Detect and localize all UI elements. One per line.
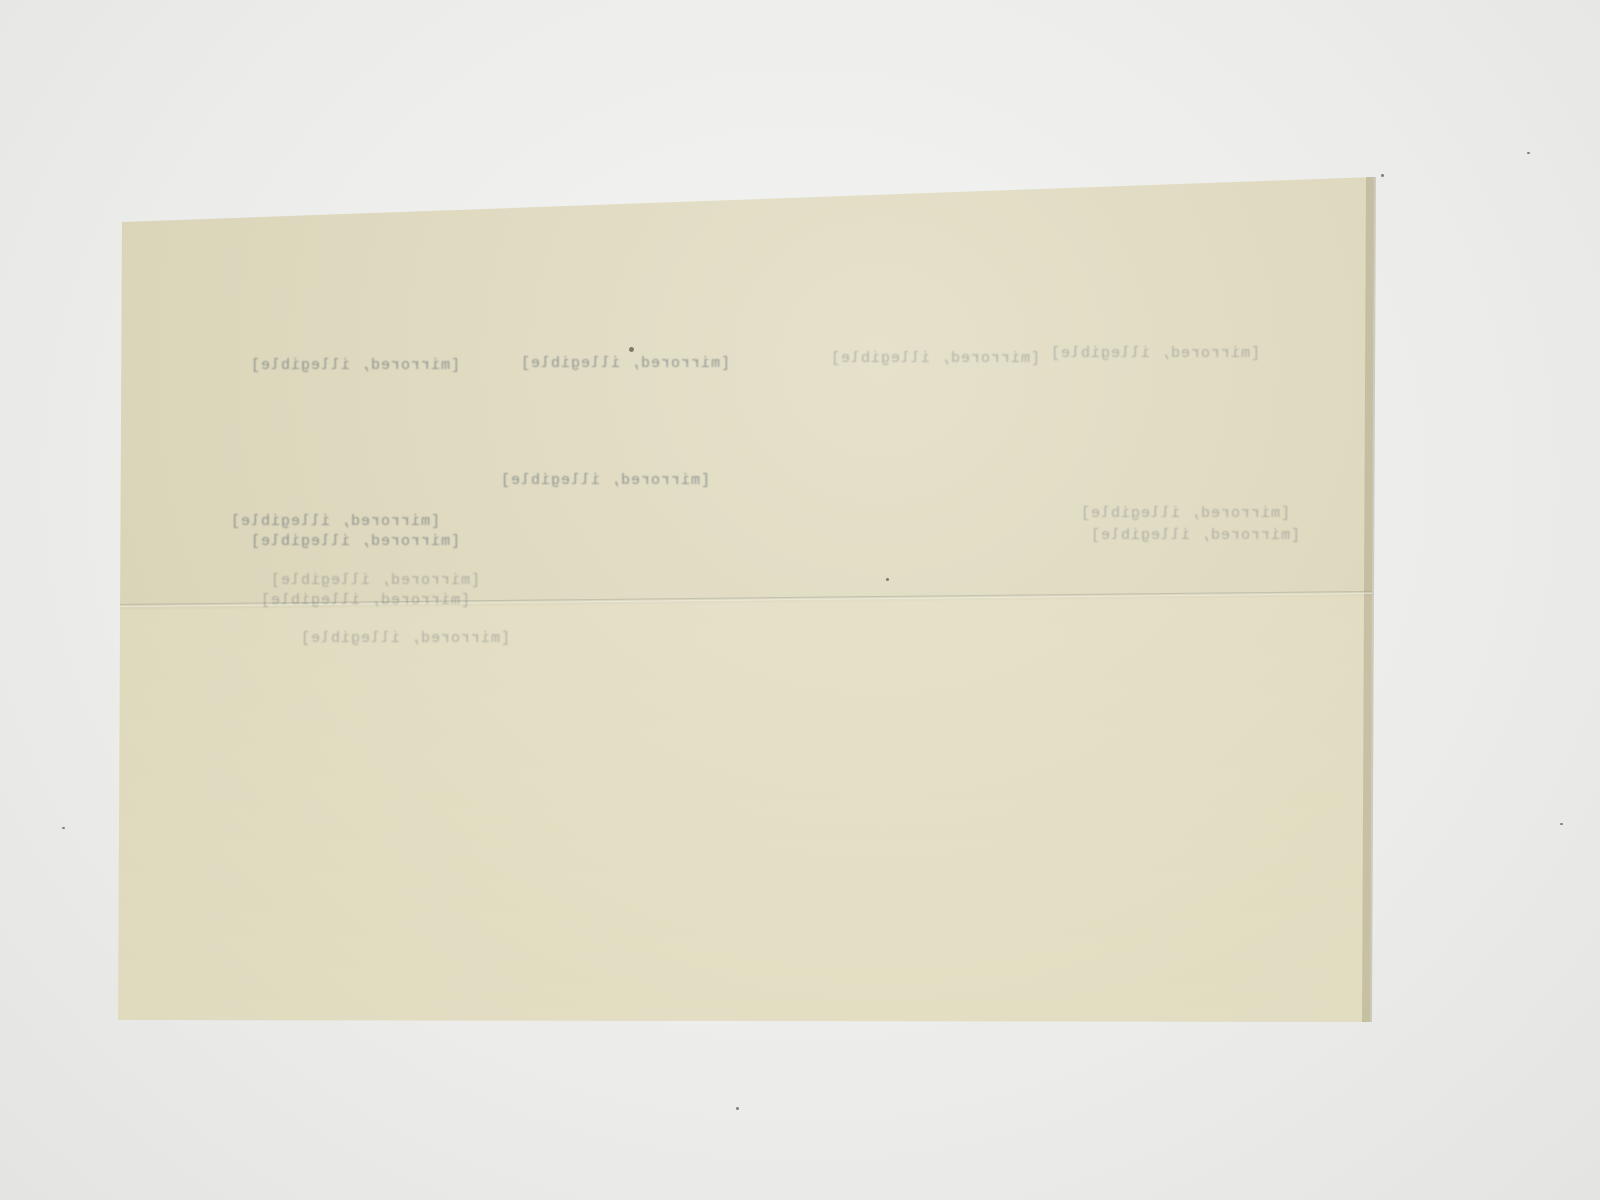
bleed-right-block-2: [mirrored, illegible] <box>1090 527 1300 544</box>
bleed-para-2-line-2: [mirrored, illegible] <box>260 592 470 609</box>
background-speck <box>1560 823 1563 825</box>
bleed-word-2: [mirrored, illegible] <box>830 350 1040 367</box>
bleed-salutation: [mirrored, illegible] <box>500 472 710 489</box>
bleed-right-line: [mirrored, illegible] <box>1050 345 1260 362</box>
background-speck <box>736 1107 739 1110</box>
bleed-word-1: [mirrored, illegible] <box>520 355 730 372</box>
bleed-right-block-1: [mirrored, illegible] <box>1080 505 1290 522</box>
paper-speck <box>886 578 889 581</box>
bleed-para-1-line-2: [mirrored, illegible] <box>250 533 460 550</box>
background-speck <box>1381 174 1384 177</box>
photo-scene: [mirrored, illegible] [mirrored, illegib… <box>0 0 1600 1200</box>
bleed-para-2-line-3: [mirrored, illegible] <box>300 630 510 647</box>
background-speck <box>62 827 65 829</box>
paper-speck <box>629 347 634 352</box>
bleed-para-2-line-1: [mirrored, illegible] <box>270 572 480 589</box>
bleed-date-line: [mirrored, illegible] <box>250 357 460 374</box>
background-speck <box>1527 152 1530 154</box>
bleed-para-1-line-1: [mirrored, illegible] <box>230 513 440 530</box>
